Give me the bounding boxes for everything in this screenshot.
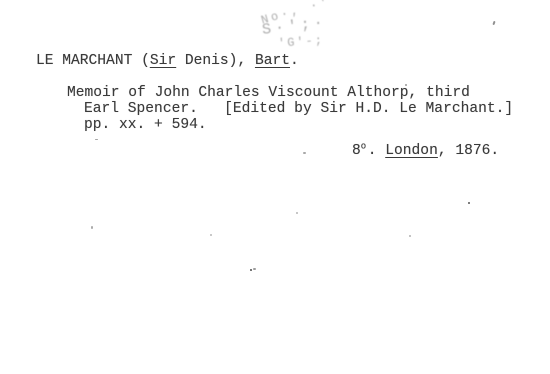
title-line-1: Memoir of John Charles Viscount Althorp,… bbox=[67, 85, 470, 101]
dust-speck bbox=[492, 21, 495, 25]
imprint-line: 8o. London, 1876. bbox=[352, 143, 499, 160]
author-heading: LE MARCHANT (Sir Denis), Bart. bbox=[36, 53, 299, 69]
heading-underlined-bart: Bart bbox=[255, 53, 290, 69]
title-line-2: Earl Spencer. [Edited by Sir H.D. Le Mar… bbox=[84, 101, 513, 117]
format-superscript: o bbox=[361, 139, 368, 155]
stamp-fragment: 'G'-; bbox=[278, 33, 325, 50]
imprint-separator: . bbox=[368, 143, 386, 159]
dust-speck bbox=[91, 226, 93, 229]
dust-speck bbox=[303, 152, 306, 154]
dust-speck bbox=[405, 84, 407, 86]
dust-speck bbox=[296, 212, 298, 214]
imprint-date: , 1876. bbox=[438, 143, 499, 159]
dust-speck bbox=[210, 234, 212, 236]
collation-line: pp. xx. + 594. bbox=[84, 117, 207, 133]
dust-speck bbox=[253, 268, 256, 270]
ink-stamp: No·, ·' S·';· 'G'-; bbox=[252, 5, 347, 55]
heading-text: Denis), bbox=[176, 53, 255, 69]
catalog-card: No·, ·' S·';· 'G'-; LE MARCHANT (Sir Den… bbox=[0, 0, 550, 374]
dust-speck bbox=[250, 269, 252, 271]
dust-speck bbox=[95, 139, 98, 140]
format-number: 8 bbox=[352, 143, 361, 159]
dust-speck bbox=[409, 235, 411, 237]
heading-underlined-sir: Sir bbox=[150, 53, 176, 69]
heading-text: . bbox=[290, 53, 299, 69]
heading-text: LE MARCHANT ( bbox=[36, 53, 150, 69]
dust-speck bbox=[468, 202, 470, 204]
imprint-place: London bbox=[385, 143, 438, 159]
